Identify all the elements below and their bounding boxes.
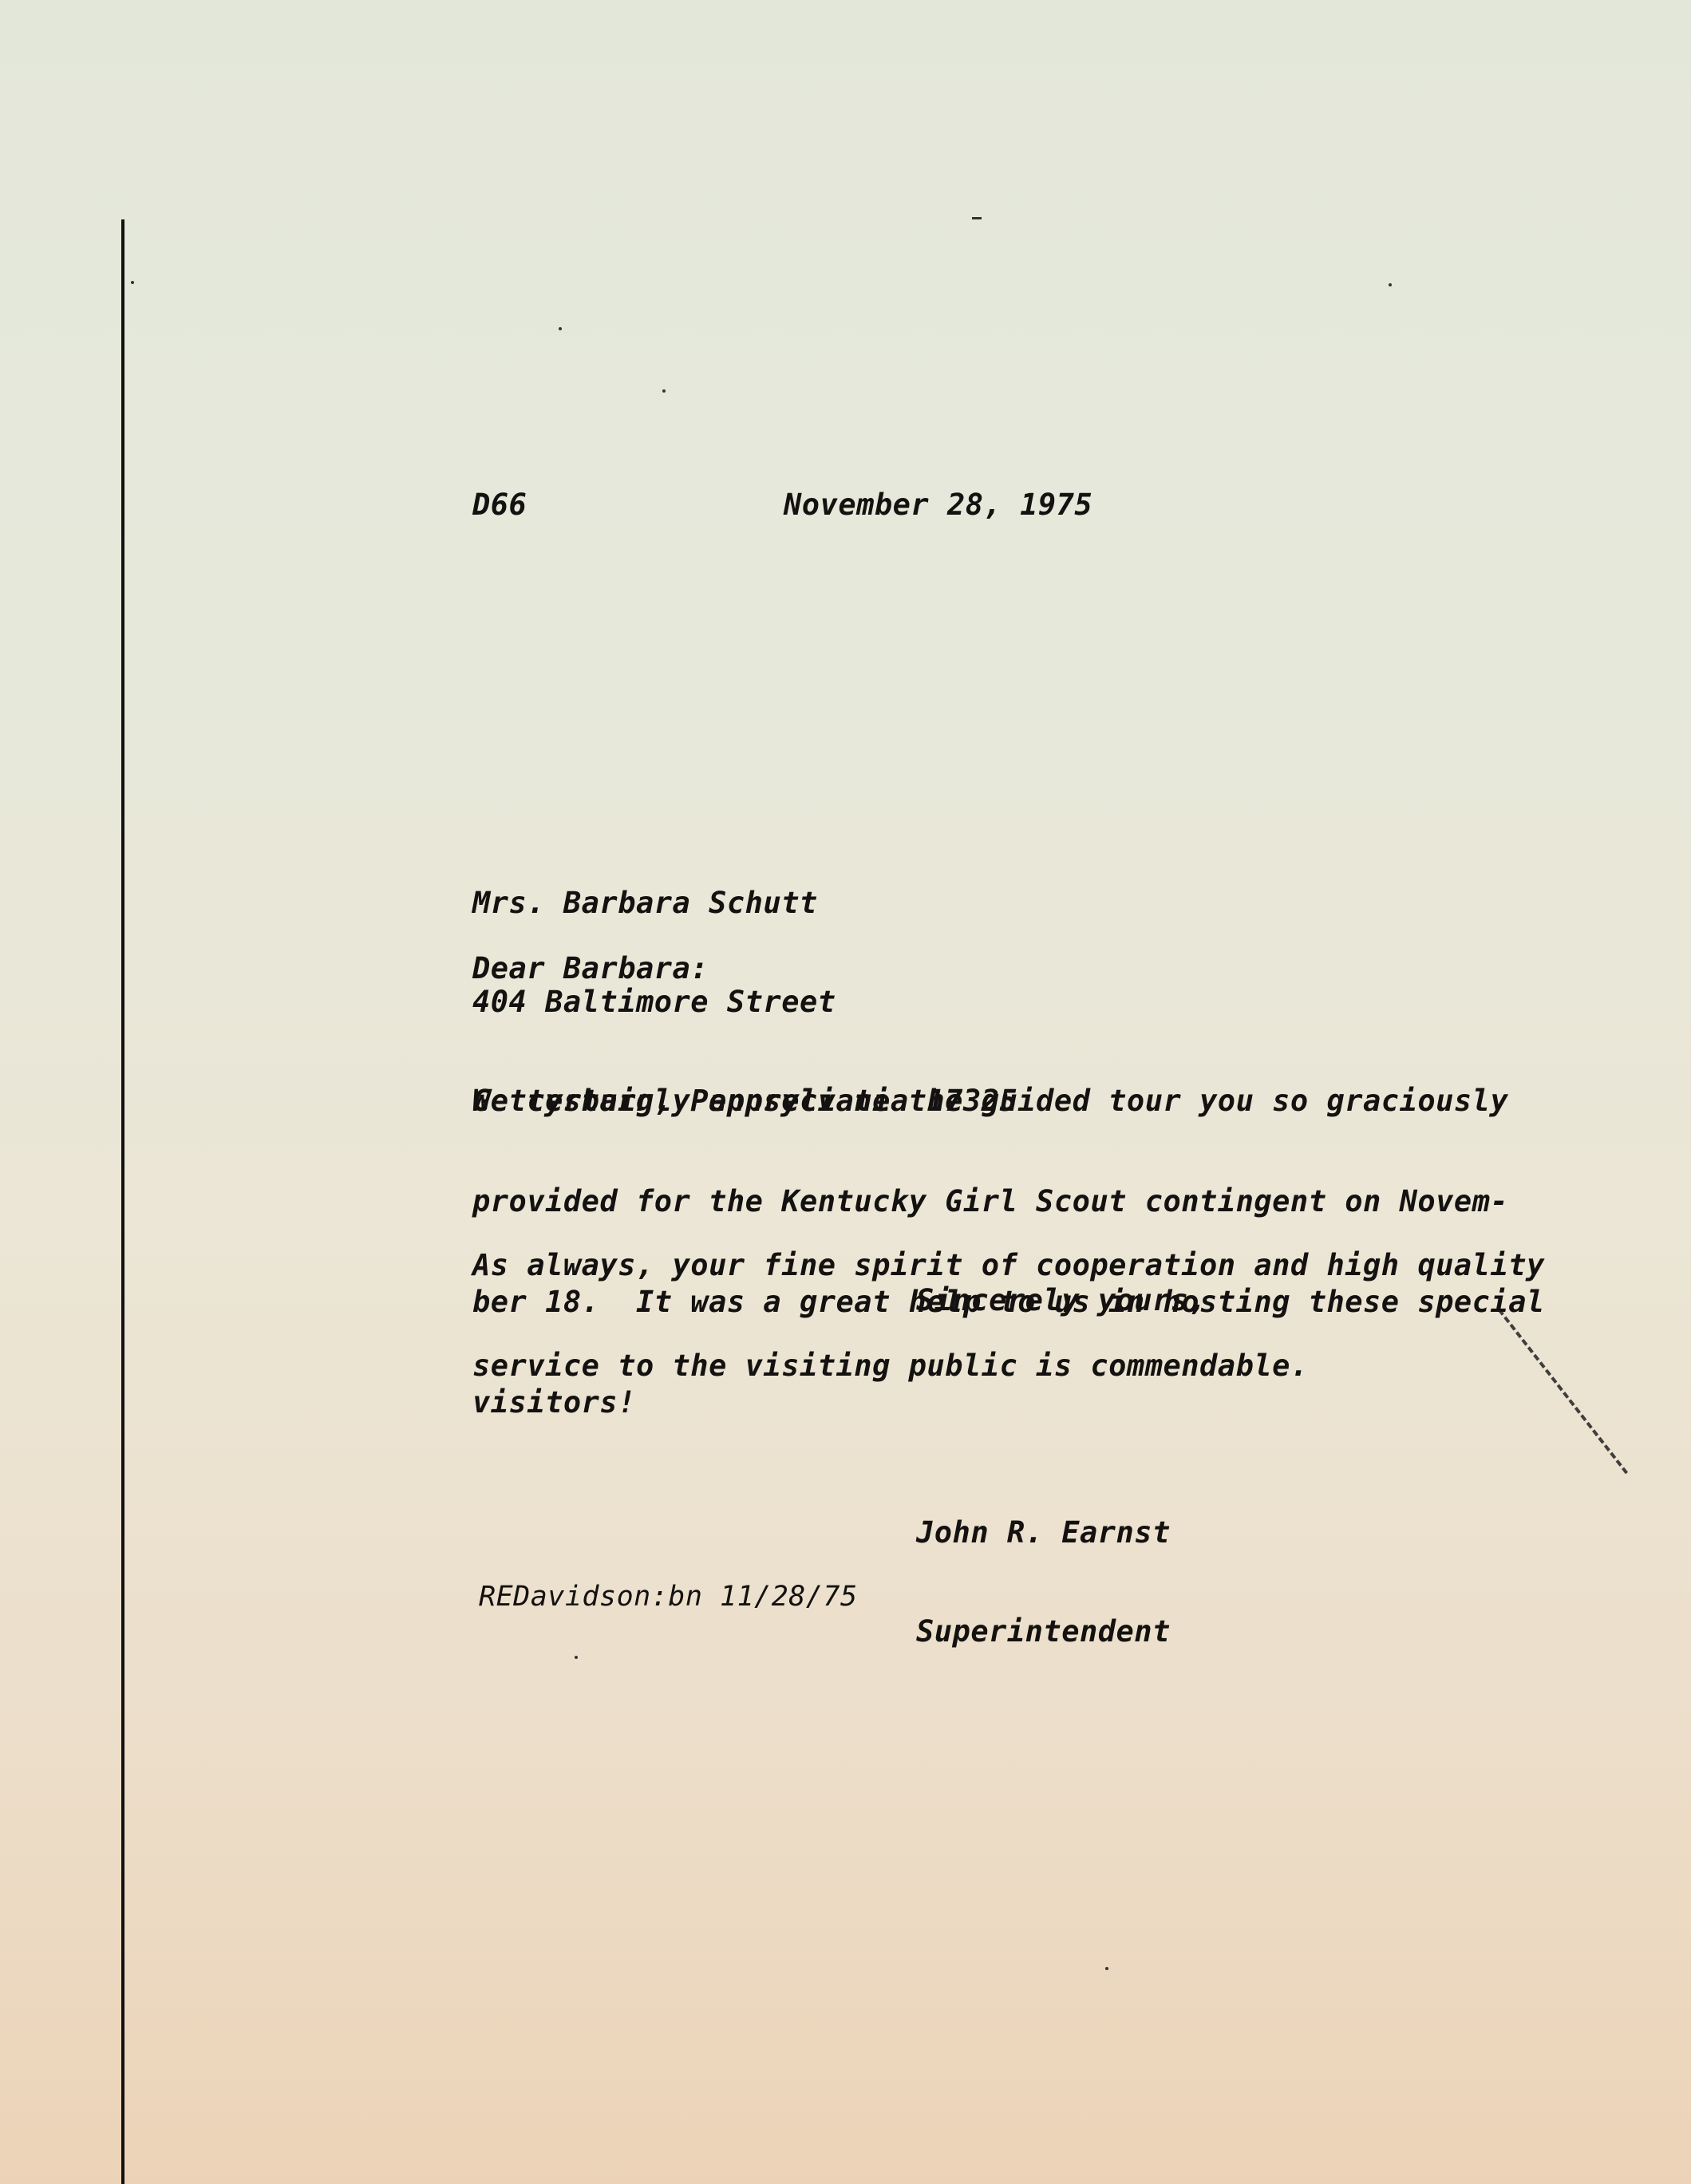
body-line: As always, your fine spirit of cooperati… [472,1249,1545,1282]
letter-page: D66 November 28, 1975 Mrs. Barbara Schut… [0,0,1691,2184]
signer-title: Superintendent [916,1615,1171,1647]
paper-speck [1105,1967,1108,1970]
paper-speck [1389,283,1392,286]
paper-speck [131,281,134,284]
left-margin-rule [121,219,124,2184]
paper-speck [559,327,562,330]
paper-speck [972,217,982,219]
letter-date: November 28, 1975 [784,488,1092,522]
paper-speck [575,1656,578,1659]
address-line-name: Mrs. Barbara Schutt [472,887,1017,918]
paper-speck [662,389,666,393]
body-line: service to the visiting public is commen… [472,1349,1545,1383]
signer-name: John R. Earnst [916,1516,1171,1548]
reference-code: D66 [472,488,527,522]
closing: Sincerely yours, [916,1284,1207,1317]
salutation: Dear Barbara: [472,952,709,985]
address-line-street: 404 Baltimore Street [472,985,1017,1017]
body-line: We certainly appreciate the guided tour … [472,1084,1545,1118]
typist-initials: REDavidson:bn 11/28/75 [479,1580,858,1613]
signature-block: John R. Earnst Superintendent [916,1449,1171,1714]
